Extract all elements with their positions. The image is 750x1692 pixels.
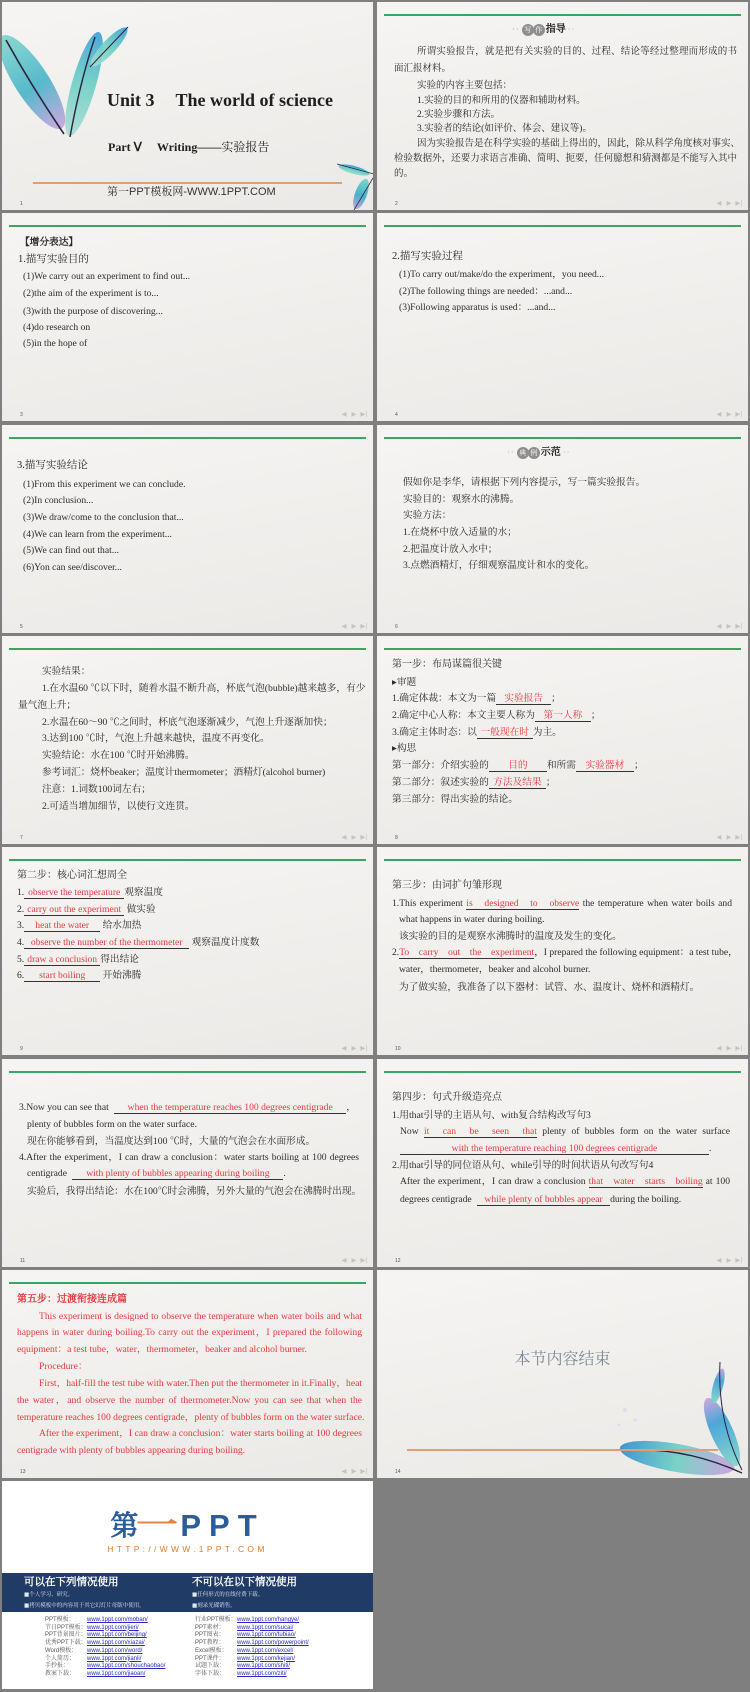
green-header-rule [9,859,366,861]
slide-nav: ◀▶▶| [715,199,743,207]
vocab-item: 4.observe the number of the thermometer … [17,937,259,949]
slide-nav: ◀▶▶| [715,622,743,630]
forbidden-bullet: ■刻录光碟销售。 [192,1603,236,1610]
link-label: PPT素材： [195,1625,225,1632]
step-heading: 第三步：由词扩句雏形现 [392,880,502,892]
prev-slide-icon[interactable]: ◀ [715,199,723,207]
expression-item: (6)Yon can see/discover... [23,562,122,574]
paragraph-line: 因为实验报告是在科学实验的基础上得出的，因此，除从科学角度核对事实、 [417,138,737,150]
next-slide-icon[interactable]: ▶ [725,1256,733,1264]
link-label: 手抄报： [45,1663,69,1670]
paragraph-line: 面汇报材料。 [394,63,451,75]
answer-blank: 方法及结果 [489,777,546,789]
badge-suffix: 指导 [546,24,566,36]
sentence-line: 3.Now you can see that when the temperat… [19,1102,356,1114]
logo-latin: PPT [180,1511,264,1541]
orange-divider [407,1449,718,1451]
last-slide-icon[interactable]: ▶| [360,1044,368,1052]
item-number: 5. [17,954,24,965]
prev-slide-icon[interactable]: ◀ [715,622,723,630]
green-header-rule [9,437,366,439]
plain-line: 第三部分：得出实验的结论。 [392,794,518,806]
fill-line: 第一部分：介绍实验的目的和所需实验器材； [392,760,644,772]
answer-blank: observe the temperature [24,887,124,899]
slide-nav: ◀▶▶| [715,833,743,841]
allowed-bullet: ■拷贝模板中的内容用于其它幻灯片母版中使用。 [24,1603,145,1610]
forbidden-bullet: ■任何形式的在线付费下载。 [192,1592,263,1599]
sentence-translation: 该实验的目的是观察水沸腾时的温度及发生的变化。 [399,931,622,943]
slide-3-purpose-expressions: 【增分表达】 1.描写实验目的 (1)We carry out an exper… [2,213,373,421]
essay-line: Procedure： [39,1361,87,1373]
next-slide-icon[interactable]: ▶ [725,1044,733,1052]
slide-2-writing-guide: ·· 写 作 指导 ·· 所谓实验报告，就是把有关实验的目的、过程、结论等经过整… [377,2,748,210]
task-line: 实验目的：观察水的沸腾。 [403,494,519,506]
task-line: 假如你是李华，请根据下列内容提示，写一篇实验报告。 [403,477,645,489]
vocab-item: 5.draw a conclusion得出结论 [17,954,139,966]
sentence-prompt: 1.This experiment [392,898,463,909]
paragraph-line: 实验的内容主要包括： [417,80,512,92]
sentence-line: centigrade with plenty of bubbles appear… [27,1168,286,1180]
next-slide-icon[interactable]: ▶ [725,622,733,630]
vocab-item: 3.heat the water 给水加热 [17,920,141,932]
green-header-rule [384,1071,741,1073]
slide-13-step-five: 第五步：过渡衔接连成篇 This experiment is designed … [2,1270,373,1478]
next-slide-icon[interactable]: ▶ [350,1467,358,1475]
allowed-bullet: ■个人学习、研究。 [24,1592,73,1599]
sentence-line: 4.After the experiment，I can draw a conc… [19,1152,359,1164]
item-meaning: 观察温度 [124,887,163,898]
page-number: 1 [20,201,23,207]
badge-circle-2: 作 [533,24,545,36]
brand-logo: 第 一 PPT [2,1511,373,1541]
section-badge: ·· 写 作 指导 ·· [510,24,577,36]
page-number: 7 [20,835,23,841]
item-meaning: 观察温度计度数 [192,937,260,948]
slide-8-step-one: 第一步：布局谋篇很关键 ▸审题 1.确定体裁：本文为一篇实验报告； 2.确定中心… [377,636,748,844]
fill-middle: 和所需 [547,760,576,771]
subheading: 1.描写实验目的 [18,254,89,266]
fill-prompt: 3.确定主体时态：以 [392,727,477,738]
link-url[interactable]: www.1ppt.com/jiaoan/ [87,1671,145,1678]
answer-blank: draw a conclusion [24,954,100,966]
link-label: 教案下载： [45,1671,75,1678]
sentence-middle: at 100 [706,1176,730,1187]
expression-item: (2)The following things are needed：...an… [399,286,572,298]
sentence-prompt: After the experiment，I can draw a conclu… [400,1176,586,1187]
expression-item: (3)Following apparatus is used：...and... [399,302,555,314]
link-label: 行业PPT模板： [195,1617,237,1624]
prev-slide-icon[interactable]: ◀ [715,1044,723,1052]
forbidden-title: 不可以在以下情况使用 [192,1576,297,1588]
fill-suffix: ； [591,710,601,721]
page-number: 11 [20,1258,25,1264]
last-slide-icon[interactable]: ▶| [735,833,743,841]
subtitle-writing: Writing—— [157,140,221,154]
answer-blank: 目的 [489,760,547,772]
link-url[interactable]: www.1ppt.com/moban/ [87,1617,148,1624]
expression-item: (4)do research on [23,322,90,334]
section-label: ▸构思 [392,743,416,755]
page-number: 2 [395,201,398,207]
expression-item: (3)We draw/come to the conclusion that..… [23,512,184,524]
next-slide-icon[interactable]: ▶ [350,833,358,841]
badge-dots-right: ·· [563,447,571,459]
link-label: PPT教程： [195,1640,225,1647]
expression-item: (2)the aim of the experiment is to... [23,288,159,300]
slide-nav: ◀▶▶| [340,1044,368,1052]
next-slide-icon[interactable]: ▶ [350,1256,358,1264]
next-slide-icon[interactable]: ▶ [725,833,733,841]
slide-nav: ◀▶▶| [340,622,368,630]
fill-prompt: 第一部分：介绍实验的 [392,760,489,771]
subheading: 3.描写实验结论 [17,460,88,472]
sentence-rest: ，I prepared the following equipment：a te… [534,947,738,958]
item-number: 1. [17,887,24,898]
slide-14-end: 本节内容结束 14 [377,1270,748,1478]
last-slide-icon[interactable]: ▶| [735,1256,743,1264]
link-url[interactable]: www.1ppt.com/shiti/ [237,1663,290,1670]
sentence-line: 1.This experiment is designed to observe… [392,898,732,910]
section-heading: 【增分表达】 [20,237,78,249]
answer-blank: observe the number of the thermometer [24,937,189,949]
task-line: 注意：1.词数100词左右； [42,784,151,796]
ad-slide: 第 一 PPT HTTP://WWW.1PPT.COM 可以在下列情况使用 ■个… [2,1481,373,1689]
prev-slide-icon[interactable]: ◀ [340,1467,348,1475]
slide-10-step-three: 第三步：由词扩句雏形现 1.This experiment is designe… [377,847,748,1055]
item-number: 6. [17,970,24,981]
sentence-translation: 现在你能够看到，当温度达到100 ℃时，大量的气泡会在水面形成。 [27,1136,315,1148]
sentence-line: 2.To carry out the experiment，I prepared… [392,947,732,959]
last-slide-icon[interactable]: ▶| [360,1467,368,1475]
prev-slide-icon[interactable]: ◀ [340,833,348,841]
paragraph-line: 2.实验步骤和方法。 [417,109,500,121]
last-slide-icon[interactable]: ▶| [735,622,743,630]
green-header-rule [384,437,741,439]
page-number: 13 [20,1469,26,1475]
slide-9-step-two: 第二步：核心词汇想周全 1.observe the temperature观察温… [2,847,373,1055]
rewrite-line: Now it can be seen that plenty of bubble… [400,1126,730,1138]
essay-line: equipment：a test tube，water，thermometer，… [17,1344,307,1356]
expression-item: (1)We carry out an experiment to find ou… [23,271,190,283]
last-slide-icon[interactable]: ▶| [360,410,368,418]
step-heading: 第二步：核心词汇想周全 [17,870,127,882]
link-url[interactable]: www.1ppt.com/ziti/ [237,1671,287,1678]
fill-prompt: 第二部分：叙述实验的 [392,777,489,788]
expression-item: (1)To carry out/make/do the experiment，y… [399,269,604,281]
sentence-prompt: centigrade [27,1168,67,1179]
fill-line: 1.确定体裁：本文为一篇实验报告； [392,693,561,705]
essay-line: the water，and observe the number of ther… [17,1395,362,1407]
subtitle-part: Part Ⅴ [108,140,142,154]
sentence-translation: 为了做实验，我准备了以下器材：试管、水、温度计、烧杯和酒精灯。 [399,982,699,994]
sentence-middle: degrees centigrade [400,1194,472,1205]
answer-blank: with plenty of bubbles appearing during … [72,1168,283,1180]
prev-slide-icon[interactable]: ◀ [715,410,723,418]
end-title: 本节内容结束 [377,1350,748,1370]
link-url[interactable]: www.1ppt.com/jianli/ [87,1656,141,1663]
slide-12-step-four: 第四步：句式升级造亮点 1.用that引导的主语从句、with复合结构改写句3 … [377,1059,748,1267]
link-label: 试题下载： [195,1663,225,1670]
paragraph-line: 的。 [394,168,413,180]
slide-nav: ◀▶▶| [340,1256,368,1264]
green-header-rule [384,14,741,16]
item-number: 4. [17,937,24,948]
slide-subtitle: Part ⅤWriting——实验报告 [108,140,269,154]
item-meaning: 给水加热 [103,920,142,931]
vocab-item: 2.carry out the experiment 做实验 [17,904,156,916]
sentence-rest: the temperature when water boils and [583,898,732,909]
answer-blank: 一般现在时 [477,727,533,739]
expression-item: (1)From this experiment we can conclude. [23,479,186,491]
section-badge: ·· 典 例 示范 ·· [505,447,572,459]
link-label: PPT模板： [45,1617,75,1624]
expression-item: (2)In conclusion... [23,495,93,507]
title-main: The world of science [176,90,333,110]
answer-blank: To carry out the experiment [399,947,534,959]
link-label: PPT图表： [195,1632,225,1639]
prev-slide-icon[interactable]: ◀ [340,622,348,630]
answer-blank: is designed to observe [466,898,579,910]
sentence-middle: plenty of bubbles form on the water surf… [542,1126,730,1137]
task-line: 实验结果： [42,666,90,678]
link-url[interactable]: www.1ppt.com/powerpoint/ [237,1640,309,1647]
answer-blank: start boiling [24,970,100,982]
last-slide-icon[interactable]: ▶| [360,833,368,841]
rewrite-line: degrees centigrade while plenty of bubbl… [400,1194,681,1206]
answer-blank: that water starts boiling [589,1176,703,1188]
link-url[interactable]: www.1ppt.com/jieri/ [87,1625,139,1632]
green-header-rule [384,648,741,650]
rewrite-task: 2.用that引导的同位语从句、while引导的时间状语从句改写句4 [392,1160,653,1172]
fill-suffix: 为主。 [533,727,562,738]
expression-item: (5)in the hope of [23,338,87,350]
next-slide-icon[interactable]: ▶ [350,622,358,630]
essay-line: happens in water during boiling.To carry… [17,1327,362,1339]
slide-nav: ◀▶▶| [340,833,368,841]
answer-blank: 实验器材 [576,760,634,772]
logo-char: 第 [110,1511,138,1541]
page-number: 12 [395,1258,401,1264]
page-number: 6 [395,624,398,630]
sentence-continuation: water，thermometer，beaker and alcohol bur… [399,964,590,976]
fill-prompt: 2.确定中心人称：本文主要人称为 [392,710,535,721]
sentence-continuation: what happens in water during boiling. [399,914,544,926]
sentence-rest: . [709,1143,711,1154]
link-url[interactable]: www.1ppt.com/beijing/ [87,1632,147,1639]
slide-nav: ◀▶▶| [340,1467,368,1475]
title-unit: Unit 3 [107,90,155,110]
page-number: 8 [395,835,398,841]
vocab-item: 1.observe the temperature观察温度 [17,887,163,899]
paragraph-line: 所谓实验报告，就是把有关实验的目的、过程、结论等经过整理而形成的书 [417,46,737,58]
task-line: 1.在烧杯中放入适量的水； [403,527,517,539]
sentence-translation: 实验后，我得出结论：水在100℃时会沸腾，另外大量的气泡会在沸腾时出现。 [27,1186,361,1198]
green-header-rule [9,648,366,650]
task-line: 1.在水温60 ℃以下时，随着水温不断升高，杯底气泡(bubble)越来越多，有… [42,683,357,695]
rewrite-line: with the temperature reaching 100 degree… [400,1143,711,1155]
task-line: 3.点燃酒精灯，仔细观察温度计和水的变化。 [403,560,594,572]
essay-line: temperature reaches 100 degrees centigra… [17,1412,362,1424]
vocab-item: 6.start boiling 开始沸腾 [17,970,141,982]
slide-nav: ◀▶▶| [715,1256,743,1264]
expression-item: (5)We can find out that... [23,545,119,557]
link-url[interactable]: www.1ppt.com/kejian/ [237,1656,295,1663]
task-line: 2.可适当增加细节，以使行文连贯。 [42,801,195,813]
link-url[interactable]: www.1ppt.com/sucai/ [237,1625,293,1632]
paragraph-line: 1.实验的目的和所用的仪器和辅助材料。 [417,95,586,107]
slide-11-step-three-cont: 3.Now you can see that when the temperat… [2,1059,373,1267]
slide-nav: ◀▶▶| [715,410,743,418]
task-line: 实验方法： [403,510,451,522]
prev-slide-icon[interactable]: ◀ [715,1256,723,1264]
task-line: 量气泡上升； [18,700,76,712]
page-number: 10 [395,1046,401,1052]
green-header-rule [384,225,741,227]
page-number: 9 [20,1046,23,1052]
next-slide-icon[interactable]: ▶ [725,410,733,418]
link-url[interactable]: www.1ppt.com/tubiao/ [237,1632,296,1639]
slide-5-conclusion-expressions: 3.描写实验结论 (1)From this experiment we can … [2,425,373,633]
prev-slide-icon[interactable]: ◀ [340,1044,348,1052]
link-label: PPT课件： [195,1656,225,1663]
badge-dots-left: ·· [512,24,520,36]
link-label: Excel模板： [195,1648,228,1655]
sentence-rest: . [283,1168,285,1179]
answer-blank: it can be seen that [424,1126,537,1138]
paragraph-line: 检验数据外，还要力求语言准确、简明、扼要，任何臆想和猜测都是不能写入其中 [394,153,737,165]
link-label: Word模板： [45,1648,77,1655]
answer-blank: when the temperature reaches 100 degrees… [114,1102,346,1114]
page-number: 14 [395,1469,401,1475]
link-url[interactable]: www.1ppt.com/hangye/ [237,1617,299,1624]
task-line: 2.把温度计放入水中； [403,544,497,556]
answer-blank: 实验报告 [496,693,551,705]
item-meaning: 开始沸腾 [103,970,142,981]
paragraph-line: 3.实验者的结论(如评价、体会、建议等)。 [417,123,592,135]
slide-4-process-expressions: 2.描写实验过程 (1)To carry out/make/do the exp… [377,213,748,421]
fill-line: 3.确定主体时态：以一般现在时为主。 [392,727,562,739]
slide-nav: ◀▶▶| [340,410,368,418]
badge-circle-1: 写 [522,24,534,36]
feather-decoration-icon [377,1270,748,1478]
fill-prompt: 1.确定体裁：本文为一篇 [392,693,496,704]
item-meaning: 做实验 [127,904,156,915]
link-label: 个人简历： [45,1656,75,1663]
fill-suffix: ； [546,777,556,788]
link-label: PPT背景图片： [45,1632,87,1639]
page-number: 3 [20,412,23,418]
next-slide-icon[interactable]: ▶ [350,410,358,418]
task-line: 3.达到100 ℃时，气泡上升越来越快，温度不再变化。 [42,733,270,745]
prev-slide-icon[interactable]: ◀ [340,1256,348,1264]
logo-dash: 一 [136,1511,178,1541]
fill-line: 2.确定中心人称：本文主要人称为第一人称； [392,710,601,722]
step-heading: 第四步：句式升级造亮点 [392,1092,502,1104]
green-header-rule [9,1071,366,1073]
subheading: 2.描写实验过程 [392,251,463,263]
step-heading: 第一步：布局谋篇很关键 [392,659,502,671]
badge-dots-left: ·· [507,447,515,459]
item-number: 3. [17,920,24,931]
prev-slide-icon[interactable]: ◀ [715,833,723,841]
answer-blank: carry out the experiment [24,904,124,916]
sentence-prompt: 3.Now you can see that [19,1102,109,1113]
link-url[interactable]: www.1ppt.com/shouchaobao/ [87,1663,165,1670]
link-url[interactable]: www.1ppt.com/xiazai/ [87,1640,145,1647]
slide-1-title: Unit 3The world of science Part ⅤWriting… [2,2,373,210]
allowed-title: 可以在下列情况使用 [24,1576,119,1588]
essay-line: First，half-fill the test tube with water… [39,1378,362,1390]
slide-title: Unit 3The world of science [107,90,333,110]
green-header-rule [9,1282,366,1284]
link-label: 优秀PPT下载： [45,1640,87,1647]
badge-circle-1: 典 [517,447,529,459]
rewrite-task: 1.用that引导的主语从句、with复合结构改写句3 [392,1110,591,1122]
subtitle-cn: 实验报告 [221,140,269,154]
link-label: 节日PPT模板： [45,1625,87,1632]
essay-line: centigrade with plenty of bubbles appear… [17,1445,245,1457]
footer-brand: 第一PPT模板网-WWW.1PPT.COM [107,186,276,199]
step-heading: 第五步：过渡衔接连成篇 [17,1294,127,1306]
badge-suffix: 示范 [541,447,561,459]
task-line: 2.水温在60～90 ℃之间时，杯底气泡逐渐减少，气泡上升逐渐加快； [42,717,333,729]
badge-circle-2: 例 [528,447,540,459]
task-line: 实验结论：水在100 ℃时开始沸腾。 [42,750,195,762]
item-number: 2. [17,904,24,915]
rewrite-line: After the experiment，I can draw a conclu… [400,1176,730,1188]
section-label: ▸审题 [392,677,416,689]
answer-blank: heat the water [24,920,100,932]
sentence-rest: ， [346,1102,356,1113]
link-label: 字体下载： [195,1671,225,1678]
sentence-prompt: 2. [392,947,399,958]
page-number: 5 [20,624,23,630]
expression-item: (3)with the purpose of discovering... [23,306,163,318]
fill-suffix: ； [634,760,644,771]
next-slide-icon[interactable]: ▶ [725,199,733,207]
slide-7-experiment-results: 实验结果： 1.在水温60 ℃以下时，随着水温不断升高，杯底气泡(bubble)… [2,636,373,844]
essay-line: After the experiment，I can draw a conclu… [39,1428,362,1440]
page-number: 4 [395,412,398,418]
sentence-rest: during the boiling. [610,1194,681,1205]
essay-line: This experiment is designed to observe t… [39,1311,362,1323]
prev-slide-icon[interactable]: ◀ [340,410,348,418]
brand-url: HTTP://WWW.1PPT.COM [2,1544,373,1554]
slide-6-example-task: ·· 典 例 示范 ·· 假如你是李华，请根据下列内容提示，写一篇实验报告。 实… [377,425,748,633]
fill-suffix: ； [551,693,561,704]
badge-dots-right: ·· [568,24,576,36]
item-meaning: 得出结论 [100,954,139,965]
green-header-rule [384,859,741,861]
answer-blank: with the temperature reaching 100 degree… [400,1143,709,1155]
sentence-prompt: Now [400,1126,419,1137]
fill-line: 第二部分：叙述实验的方法及结果； [392,777,556,789]
last-slide-icon[interactable]: ▶| [735,199,743,207]
sentence-continuation: plenty of bubbles form on the water surf… [27,1119,197,1131]
answer-blank: 第一人称 [535,710,591,722]
last-slide-icon[interactable]: ▶| [735,410,743,418]
task-line: 参考词汇：烧杯beaker；温度计thermometer；酒精灯(alcohol… [42,767,325,779]
green-header-rule [9,225,366,227]
link-url[interactable]: www.1ppt.com/excel/ [237,1648,293,1655]
expression-item: (4)We can learn from the experiment... [23,529,172,541]
link-url[interactable]: www.1ppt.com/word/ [87,1648,142,1655]
last-slide-icon[interactable]: ▶| [735,1044,743,1052]
last-slide-icon[interactable]: ▶| [360,1256,368,1264]
last-slide-icon[interactable]: ▶| [360,622,368,630]
next-slide-icon[interactable]: ▶ [350,1044,358,1052]
orange-divider [33,182,342,184]
